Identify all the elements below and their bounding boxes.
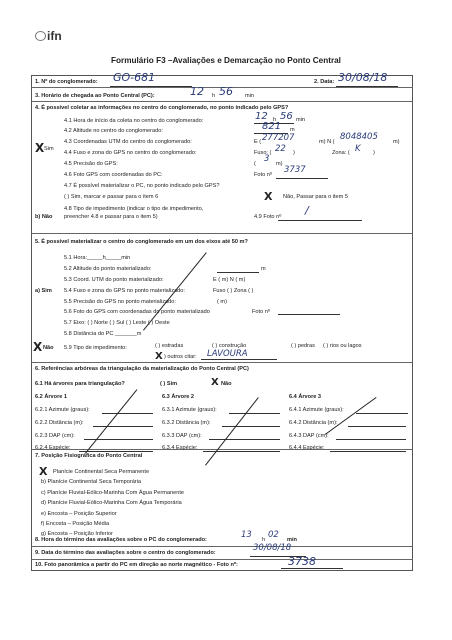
physio-option-e[interactable]: e) Encosta – Posição Superior (41, 511, 117, 517)
field-line[interactable] (209, 439, 280, 440)
section6-title: 6. Referências arbóreas da triangulação … (35, 366, 249, 372)
divider (31, 101, 413, 102)
tree3-title: 6.4 Árvore 3 (289, 394, 321, 400)
underline (276, 178, 328, 179)
form-title: Formulário F3 –Avaliações e Demarcação n… (0, 56, 452, 65)
item-5-9: 5.9 Tipo de impedimento: (64, 345, 127, 351)
tree3-species: 6.4.4 Espécie: (289, 445, 324, 451)
panoramic-photo-value[interactable]: 3738 (288, 555, 316, 568)
divider (31, 546, 413, 547)
zona-label: Zona: ( (332, 150, 350, 156)
tree3-distance: 6.4.2 Distância (m): (289, 420, 338, 426)
item-4-7-no-option[interactable]: Não, Passar para o item 5 (283, 194, 348, 200)
nao-check-mark[interactable]: X (33, 340, 42, 354)
physio-option-d[interactable]: d) Planície Fluvial-Eólico-Marinha Com Á… (41, 500, 182, 506)
item-4-7: 4.7 É possível materializar o PC, no pon… (64, 183, 219, 189)
option-a-mark[interactable]: X (39, 465, 47, 478)
q61-label: 6.1 Há árvores para triangulação? (35, 381, 125, 387)
item-4-8-line1: 4.8 Tipo de impedimento (indicar o tipo … (64, 206, 203, 212)
tree3-azimuth: 6.4.1 Azimute (graus): (289, 407, 344, 413)
arrival-time-label: 3. Horário de chegada ao Ponto Central (… (35, 93, 155, 99)
precision-unit: m) (276, 161, 283, 167)
divider (31, 559, 413, 560)
physio-option-f[interactable]: f) Encosta – Posição Média (41, 521, 109, 527)
item-5-6-photo: Foto nº (252, 309, 270, 315)
impediment-other-label: ) outros citar: (164, 354, 197, 360)
tree2-azimuth: 6.3.1 Azimute (graus): (162, 407, 217, 413)
field-line[interactable] (348, 426, 406, 427)
tree1-azimuth: 6.2.1 Azimute (graus): (35, 407, 90, 413)
photo-value[interactable]: 3737 (284, 165, 306, 175)
field-line[interactable] (330, 451, 406, 452)
impediment-other-value[interactable]: LAVOURA (207, 349, 248, 359)
other-check-mark[interactable]: X (155, 351, 163, 362)
q61-yes[interactable]: ( ) Sim (160, 381, 177, 387)
impediment-rivers-lakes[interactable]: ( ) rios ou lagos (323, 343, 362, 349)
tree1-species: 6.2.4 Espécie: (35, 445, 70, 451)
tree2-dap: 6.3.3 DAP (cm): (162, 433, 202, 439)
paren: ( (254, 161, 256, 167)
impediment-rocks[interactable]: ( ) pedras (291, 343, 315, 349)
conglomerate-number-label: 1. Nº do conglomerado: (35, 79, 98, 85)
item-5-3: 5.3 Coord. UTM do ponto materializado: (64, 277, 164, 283)
ifn-logo: ifn (35, 29, 62, 43)
arrival-minutes[interactable]: 56 (219, 85, 233, 98)
fuso-value[interactable]: 22 (275, 144, 286, 154)
item-5-2: 5.2 Altitude do ponto materializado: (64, 266, 151, 272)
item-4-2: 4.2 Altitude no centro do conglomerado: (64, 128, 163, 134)
min-unit: min (296, 117, 305, 123)
date-line (336, 86, 398, 87)
end-time-label: 8. Hora do término das avaliações sobre … (35, 537, 207, 543)
item-5-2-unit: m (261, 266, 266, 272)
field-line[interactable] (79, 451, 153, 452)
utm-e-label: E ( (254, 139, 261, 145)
hours-unit: h (212, 93, 215, 99)
item-4-4: 4.4 Fuso e zona do GPS no centro do cong… (64, 150, 196, 156)
paren: ) (293, 150, 295, 156)
field-line[interactable] (229, 413, 280, 414)
tree2-distance: 6.3.2 Distância (m): (162, 420, 211, 426)
item-4-3: 4.3 Coordenadas UTM do centro do conglom… (64, 139, 192, 145)
tree1-distance: 6.2.2 Distância (m): (35, 420, 84, 426)
item-5-7-axis[interactable]: 5.7 Eixo: ( ) Norte ( ) Sul ( ) Leste ( … (64, 320, 170, 326)
nao-check-mark[interactable]: X (264, 190, 272, 203)
tree2-species: 6.3.4 Espécie: (162, 445, 197, 451)
option-nao[interactable]: Não (43, 345, 54, 351)
item-4-1: 4.1 Hora de início da coleta no centro d… (64, 118, 203, 124)
impediment-roads[interactable]: ( ) estradas (155, 343, 183, 349)
utm-n-end: m) (393, 139, 400, 145)
physio-option-c[interactable]: c) Planície Fluvial-Eólico-Marinha Com Á… (41, 490, 184, 496)
item-5-1: 5.1 Hora:_____h_____min (64, 255, 130, 261)
physio-option-a[interactable]: Planície Continental Seca Permanente (53, 469, 149, 475)
utm-n-value[interactable]: 8048405 (340, 132, 378, 142)
tree1-dap: 6.2.3 DAP (cm): (35, 433, 75, 439)
end-date-value[interactable]: 30/08/18 (253, 543, 291, 553)
underline (278, 314, 340, 315)
sim-check-mark[interactable]: X (35, 141, 44, 155)
zona-value[interactable]: K (355, 144, 361, 154)
field-line[interactable] (222, 426, 280, 427)
conglomerate-number-value[interactable]: GO-681 (113, 71, 155, 84)
photo-label: Foto nº (254, 172, 272, 178)
end-date-label: 9. Data do término das avaliações sobre … (35, 550, 216, 556)
gps-precision-value[interactable]: 3 (264, 154, 269, 164)
item-4-7-yes-option[interactable]: ( ) Sim, marcar e passar para o item 6 (64, 194, 158, 200)
q61-no[interactable]: Não (221, 381, 232, 387)
section7-title: 7. Posição Fisiográfica do Ponto Central (35, 453, 142, 459)
tree2-title: 6.3 Árvore 2 (162, 394, 194, 400)
field-line[interactable] (102, 413, 153, 414)
utm-e-value[interactable]: 277207 (262, 133, 294, 143)
underline (201, 359, 277, 360)
item-5-5-field[interactable]: ( m) (217, 299, 227, 305)
item-4-8-line2: preencher 4.8 e passar para o item 5) (64, 214, 158, 220)
date-label: 2. Data: (314, 79, 334, 85)
start-minutes[interactable]: 56 (280, 111, 293, 122)
underline (278, 220, 362, 221)
section5-question: 5. É possível materializar o centro do c… (35, 239, 248, 245)
item-5-3-fields[interactable]: E ( m) N ( m) (213, 277, 245, 283)
item-5-8: 5.8 Distância do PC _______m (64, 331, 141, 337)
field-line[interactable] (336, 439, 406, 440)
conglomerate-number-line (110, 86, 192, 87)
option-sim[interactable]: Sim (44, 146, 54, 152)
end-minutes[interactable]: 02 (268, 530, 279, 540)
divider (31, 233, 413, 234)
item-4-5: 4.5 Precisão do GPS: (64, 161, 118, 167)
item-5-4: 5.4 Fuso e zona do GPS no ponto material… (64, 288, 185, 294)
option-nao[interactable]: b) Não (35, 214, 52, 220)
panoramic-photo-label: 10. Foto panorâmica a partir do PC em di… (35, 562, 238, 568)
underline (217, 272, 259, 273)
divider (31, 362, 413, 363)
logo-ring-icon (35, 31, 46, 41)
tree1-title: 6.2 Árvore 1 (35, 394, 67, 400)
altitude-value[interactable]: 821 (262, 121, 281, 132)
section4-question: 4. É possível coletar as informações no … (35, 105, 288, 111)
option-sim[interactable]: a) Sim (35, 288, 52, 294)
end-hours[interactable]: 13 (241, 530, 252, 540)
minutes-unit: min (245, 93, 254, 99)
photo-49-value[interactable]: / (305, 204, 309, 217)
item-5-5: 5.5 Precisão do GPS no ponto materializa… (64, 299, 176, 305)
underline (281, 568, 343, 569)
date-value[interactable]: 30/08/18 (338, 71, 387, 84)
field-line[interactable] (93, 426, 153, 427)
field-line[interactable] (356, 413, 408, 414)
paren: ) (373, 150, 375, 156)
item-4-6: 4.6 Foto GPS com coordenadas do PC: (64, 172, 163, 178)
item-5-6: 5.6 Foto do GPS com coordenadas do ponto… (64, 309, 210, 315)
physio-option-b[interactable]: b) Planície Continental Seca Temporária (41, 479, 141, 485)
q61-no-mark[interactable]: X (211, 377, 219, 388)
item-5-4-fields[interactable]: Fuso ( ) Zona ( ) (213, 288, 253, 294)
utm-n-label: m) N ( (319, 139, 335, 145)
tree3-dap: 6.4.3 DAP (cm): (289, 433, 329, 439)
arrival-hours[interactable]: 12 (190, 85, 204, 98)
logo-text: ifn (47, 29, 62, 43)
